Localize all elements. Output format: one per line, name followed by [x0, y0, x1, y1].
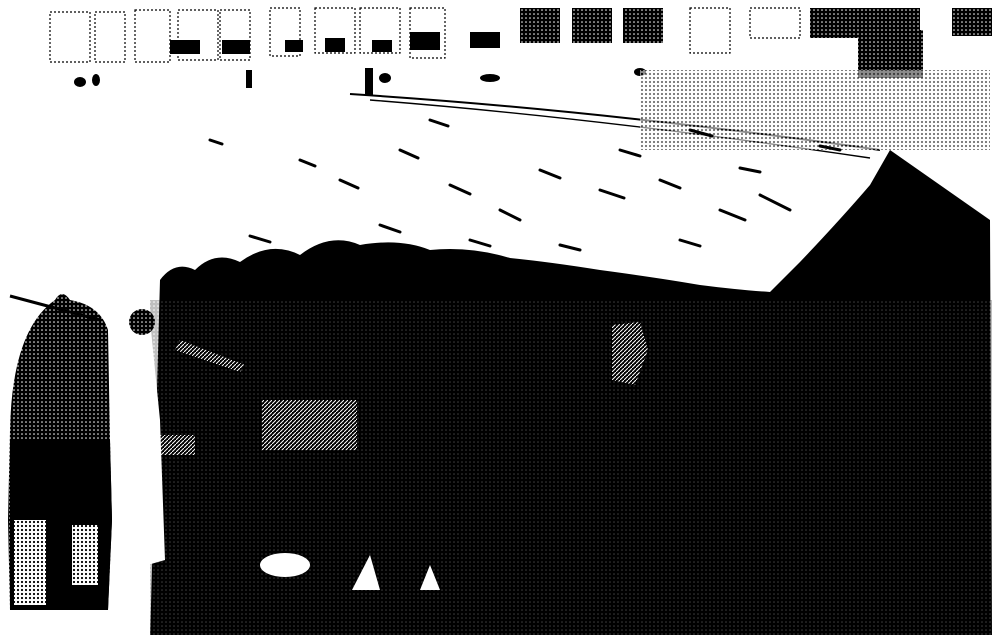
photo-canvas: [0, 0, 1000, 641]
left-figure-leg: [72, 525, 98, 585]
light-patch: [160, 435, 195, 455]
bottom-margin: [0, 635, 1000, 641]
head: [129, 309, 155, 335]
halftone-photo: [0, 0, 1000, 641]
plaza-crowd-texture: [640, 70, 990, 150]
shoe-highlight: [260, 553, 310, 577]
crowd-texture: [150, 300, 992, 641]
right-margin: [992, 0, 1000, 641]
left-figure-leg: [14, 520, 46, 605]
sign-patch: [262, 400, 357, 450]
